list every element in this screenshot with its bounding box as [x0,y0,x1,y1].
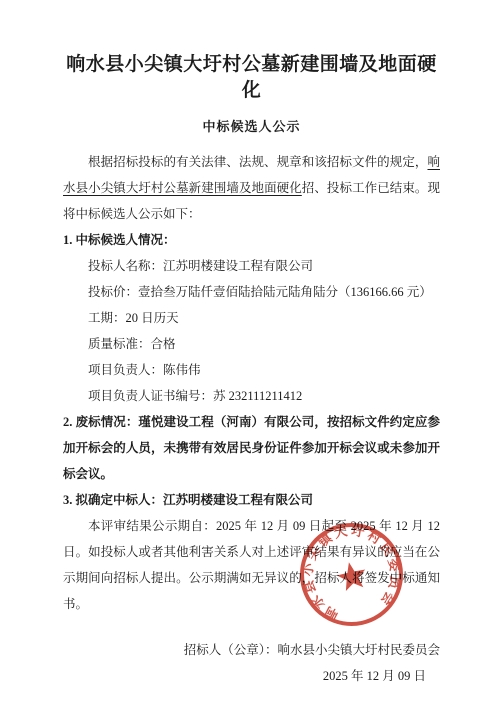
duration-line: 工期：20 日历天 [63,305,440,331]
announcement-document: 响水县小尖镇大圩村公墓新建围墙及地面硬化 中标候选人公示 根据招标投标的有关法律… [0,0,500,706]
announcement-date: 2025 年 12 月 09 日 [63,663,440,689]
bidder-name-line: 投标人名称：江苏明楼建设工程有限公司 [63,253,440,279]
closing-paragraph: 本评审结果公示期自：2025 年 12 月 09 日起至 2025 年 12 月… [63,513,440,617]
intro-lead-text: 根据招标投标的有关法律、法规、规章和该招标文件的规定， [88,155,427,169]
quality-standard-line: 质量标准：合格 [63,331,440,357]
intro-paragraph: 根据招标投标的有关法律、法规、规章和该招标文件的规定，响水县小尖镇大圩村公墓新建… [63,149,440,227]
section2-rejected-bids: 2. 废标情况：瑾悦建设工程（河南）有限公司，按招标文件约定应参加开标会的人员，… [63,409,440,487]
tenderer-signature-line: 招标人（公章）：响水县小尖镇大圩村民委员会 [63,637,440,663]
bid-price-line: 投标价：壹拾叁万陆仟壹佰陆拾陆元陆角陆分（136166.66 元） [63,279,440,305]
doc-subtitle: 中标候选人公示 [63,117,440,137]
section1-heading: 1. 中标候选人情况： [63,227,440,253]
page-title: 响水县小尖镇大圩村公墓新建围墙及地面硬化 [63,52,440,104]
certificate-number-line: 项目负责人证书编号：苏 232111211412 [63,383,440,409]
signature-block: 招标人（公章）：响水县小尖镇大圩村民委员会 2025 年 12 月 09 日 [63,637,440,689]
bidder-detail-list: 投标人名称：江苏明楼建设工程有限公司 投标价：壹拾叁万陆仟壹佰陆拾陆元陆角陆分（… [63,253,440,409]
section3-proposed-winner: 3. 拟确定中标人：江苏明楼建设工程有限公司 [63,487,440,513]
document-body: 根据招标投标的有关法律、法规、规章和该招标文件的规定，响水县小尖镇大圩村公墓新建… [63,149,440,617]
project-manager-line: 项目负责人：陈伟伟 [63,357,440,383]
